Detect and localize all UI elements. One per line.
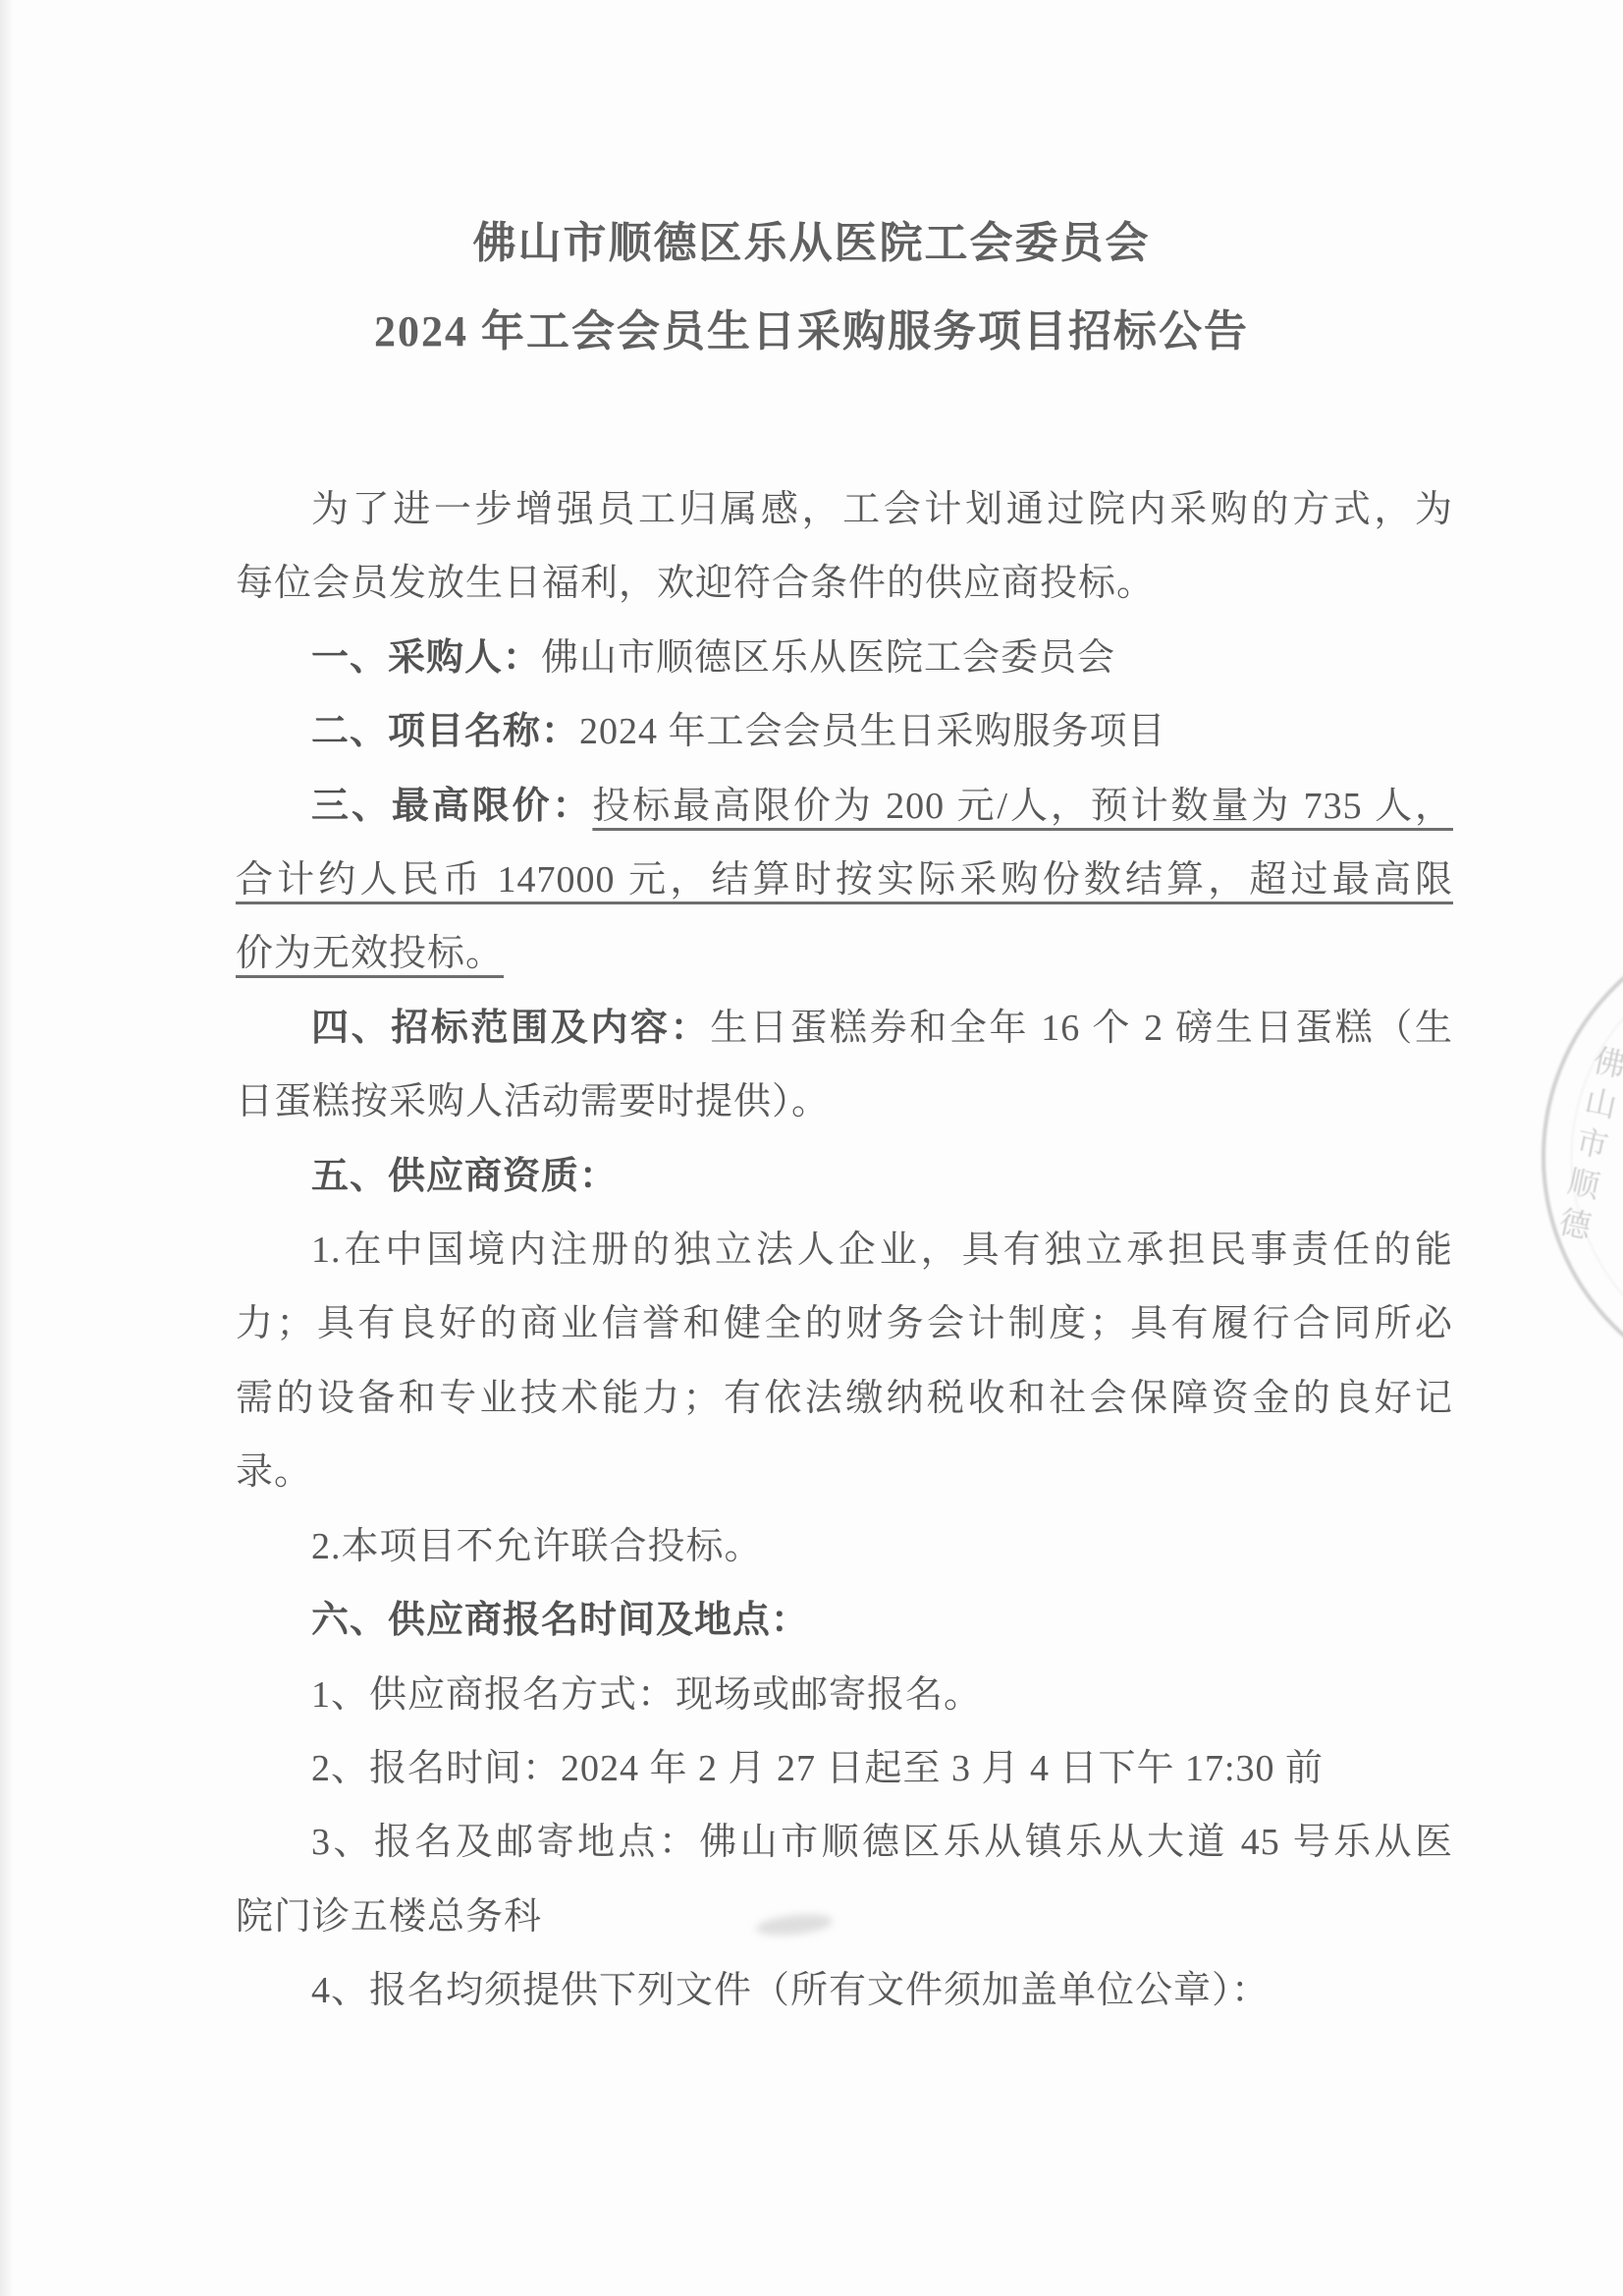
text-run: 为了进一步增强员工归属感，工会计划通过院内采购的方式，为	[311, 489, 1453, 530]
text-run: 录。	[236, 1451, 312, 1493]
document-title-line1: 佛山市顺德区乐从医院工会委员会	[118, 199, 1505, 288]
text-line: 价为无效投标。	[236, 917, 1453, 991]
text-line: 1.在中国境内注册的独立法人企业，具有独立承担民事责任的能	[236, 1214, 1453, 1287]
text-line: 五、供应商资质：	[236, 1140, 1453, 1214]
official-seal: 佛山市顺德	[1542, 916, 1623, 1397]
text-line: 每位会员发放生日福利，欢迎符合条件的供应商投标。	[236, 547, 1453, 621]
document-header: 佛山市顺德区乐从医院工会委员会 2024 年工会会员生日采购服务项目招标公告	[118, 199, 1505, 376]
text-run: 价为无效投标。	[236, 933, 504, 974]
text-line: 日蛋糕按采购人活动需要时提供）。	[236, 1066, 1453, 1139]
text-run: 日蛋糕按采购人活动需要时提供）。	[236, 1081, 830, 1122]
text-line: 2、报名时间：2024 年 2 月 27 日起至 3 月 4 日下午 17:30…	[236, 1732, 1453, 1806]
text-run: 生日蛋糕券和全年 16 个 2 磅生日蛋糕（生	[710, 1008, 1453, 1049]
seal-ring-icon	[1542, 916, 1623, 1397]
document-title-line2: 2024 年工会会员生日采购服务项目招标公告	[118, 288, 1505, 376]
text-run: 4、报名均须提供下列文件（所有文件须加盖单位公章）：	[311, 1970, 1270, 2011]
heading-run: 三、最高限价：	[311, 786, 592, 827]
text-line: 院门诊五楼总务科	[236, 1881, 1453, 1954]
text-run: 2.本项目不允许联合投标。	[311, 1526, 763, 1567]
text-run: 院门诊五楼总务科	[236, 1896, 542, 1938]
heading-run: 二、项目名称：	[311, 711, 579, 752]
heading-run: 四、招标范围及内容：	[311, 1008, 710, 1049]
text-line: 3、报名及邮寄地点：佛山市顺德区乐从镇乐从大道 45 号乐从医	[236, 1806, 1453, 1880]
heading-run: 一、采购人：	[311, 637, 541, 679]
text-line: 六、供应商报名时间及地点：	[236, 1584, 1453, 1658]
text-run: 2024 年工会会员生日采购服务项目	[579, 711, 1166, 752]
text-run: 需的设备和专业技术能力；有依法缴纳税收和社会保障资金的良好记	[236, 1378, 1453, 1419]
document-body: 为了进一步增强员工归属感，工会计划通过院内采购的方式，为每位会员发放生日福利，欢…	[236, 473, 1453, 2029]
text-line: 二、项目名称：2024 年工会会员生日采购服务项目	[236, 695, 1453, 769]
text-line: 需的设备和专业技术能力；有依法缴纳税收和社会保障资金的良好记	[236, 1362, 1453, 1436]
text-line: 4、报名均须提供下列文件（所有文件须加盖单位公章）：	[236, 1954, 1453, 2028]
scanned-document-page: 佛山市顺德区乐从医院工会委员会 2024 年工会会员生日采购服务项目招标公告 为…	[0, 0, 1623, 2296]
text-line: 1、供应商报名方式：现场或邮寄报名。	[236, 1659, 1453, 1732]
text-line: 四、招标范围及内容：生日蛋糕券和全年 16 个 2 磅生日蛋糕（生	[236, 992, 1453, 1066]
text-run: 佛山市顺德区乐从医院工会委员会	[541, 637, 1115, 679]
text-line: 三、最高限价：投标最高限价为 200 元/人，预计数量为 735 人，	[236, 770, 1453, 844]
text-line: 一、采购人：佛山市顺德区乐从医院工会委员会	[236, 622, 1453, 695]
text-run: 每位会员发放生日福利，欢迎符合条件的供应商投标。	[236, 563, 1155, 604]
text-line: 力；具有良好的商业信誉和健全的财务会计制度；具有履行合同所必	[236, 1287, 1453, 1361]
text-run: 1、供应商报名方式：现场或邮寄报名。	[311, 1674, 982, 1716]
text-run: 力；具有良好的商业信誉和健全的财务会计制度；具有履行合同所必	[236, 1303, 1453, 1344]
text-line: 为了进一步增强员工归属感，工会计划通过院内采购的方式，为	[236, 473, 1453, 547]
text-run: 2、报名时间：2024 年 2 月 27 日起至 3 月 4 日下午 17:30…	[311, 1748, 1324, 1789]
text-line: 2.本项目不允许联合投标。	[236, 1510, 1453, 1584]
text-run: 投标最高限价为 200 元/人，预计数量为 735 人，	[592, 786, 1453, 827]
text-line: 合计约人民币 147000 元，结算时按实际采购份数结算，超过最高限	[236, 844, 1453, 917]
text-run: 1.在中国境内注册的独立法人企业，具有独立承担民事责任的能	[311, 1230, 1453, 1271]
seal-text: 佛山市顺德	[1546, 1042, 1623, 1253]
heading-run: 六、供应商报名时间及地点：	[311, 1600, 809, 1641]
text-run: 3、报名及邮寄地点：佛山市顺德区乐从镇乐从大道 45 号乐从医	[311, 1822, 1453, 1863]
text-line: 录。	[236, 1436, 1453, 1509]
heading-run: 五、供应商资质：	[311, 1156, 618, 1197]
text-run: 合计约人民币 147000 元，结算时按实际采购份数结算，超过最高限	[236, 859, 1453, 901]
